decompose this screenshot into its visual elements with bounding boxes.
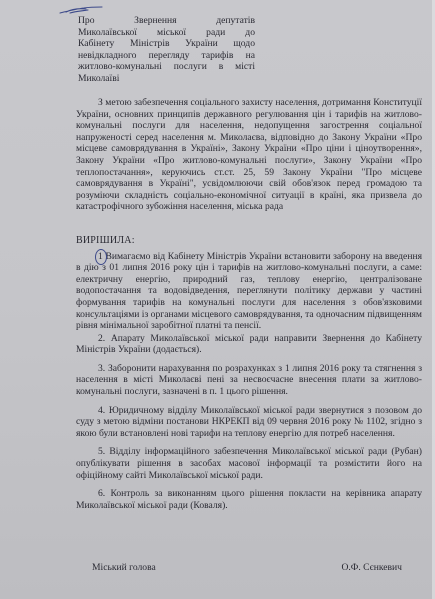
document-body: З метою забезпечення соціального захисту… — [76, 97, 422, 518]
decision-item-5: 5. Відділу інформаційного забезпечення М… — [76, 446, 422, 481]
item-text: Вимагаємо від Кабінету Міністрів України… — [76, 251, 422, 332]
decision-item-1: 1 Вимагаємо від Кабінету Міністрів Украї… — [76, 251, 422, 332]
item-number: 5. — [98, 446, 105, 457]
title-line: житлово-комунальні послуги в місті — [78, 61, 255, 73]
title-line: Про Звернення депутатів — [78, 15, 255, 27]
title-line: Миколаївської міської ради до — [78, 27, 255, 39]
decided-heading: ВИРІШИЛА: — [76, 235, 422, 247]
item-text: Відділу інформаційного забезпечення Мико… — [76, 446, 422, 480]
scanned-document-page: Про Звернення депутатів Миколаївської мі… — [0, 0, 435, 599]
title-line: Кабінету Міністрів України щодо — [78, 38, 255, 50]
decision-item-2: 2. Апарату Миколаївської міської ради на… — [76, 333, 422, 356]
document-title: Про Звернення депутатів Миколаївської мі… — [78, 15, 255, 85]
item-number: 4. — [98, 405, 105, 416]
item-text: Контроль за виконанням цього рішення пок… — [76, 488, 422, 511]
signature-block: Міський голова О.Ф. Сєнкевич — [92, 562, 402, 573]
item-number: 3. — [98, 363, 105, 374]
decision-item-4: 4. Юридичному відділу Миколаївської місь… — [76, 405, 422, 440]
preamble-paragraph: З метою забезпечення соціального захисту… — [76, 97, 422, 213]
item-number: 2. — [98, 333, 105, 344]
handwritten-mark-icon — [58, 5, 103, 15]
decision-item-3: 3. Заборонити нарахування по розрахунках… — [76, 363, 422, 398]
title-line: невідкладного перегляду тарифів на — [78, 50, 255, 62]
circled-number: 1 — [98, 251, 103, 263]
decision-item-6: 6. Контроль за виконанням цього рішення … — [76, 488, 422, 511]
item-text: Юридичному відділу Миколаївської міської… — [76, 405, 422, 439]
signatory-name: О.Ф. Сєнкевич — [341, 562, 402, 573]
item-text: Заборонити нарахування по розрахунках з … — [76, 363, 422, 397]
item-number: 6. — [98, 488, 105, 499]
signatory-position: Міський голова — [92, 562, 156, 573]
item-text: Апарату Миколаївської міської ради напра… — [76, 333, 422, 356]
title-line: Миколаїві — [78, 73, 255, 85]
